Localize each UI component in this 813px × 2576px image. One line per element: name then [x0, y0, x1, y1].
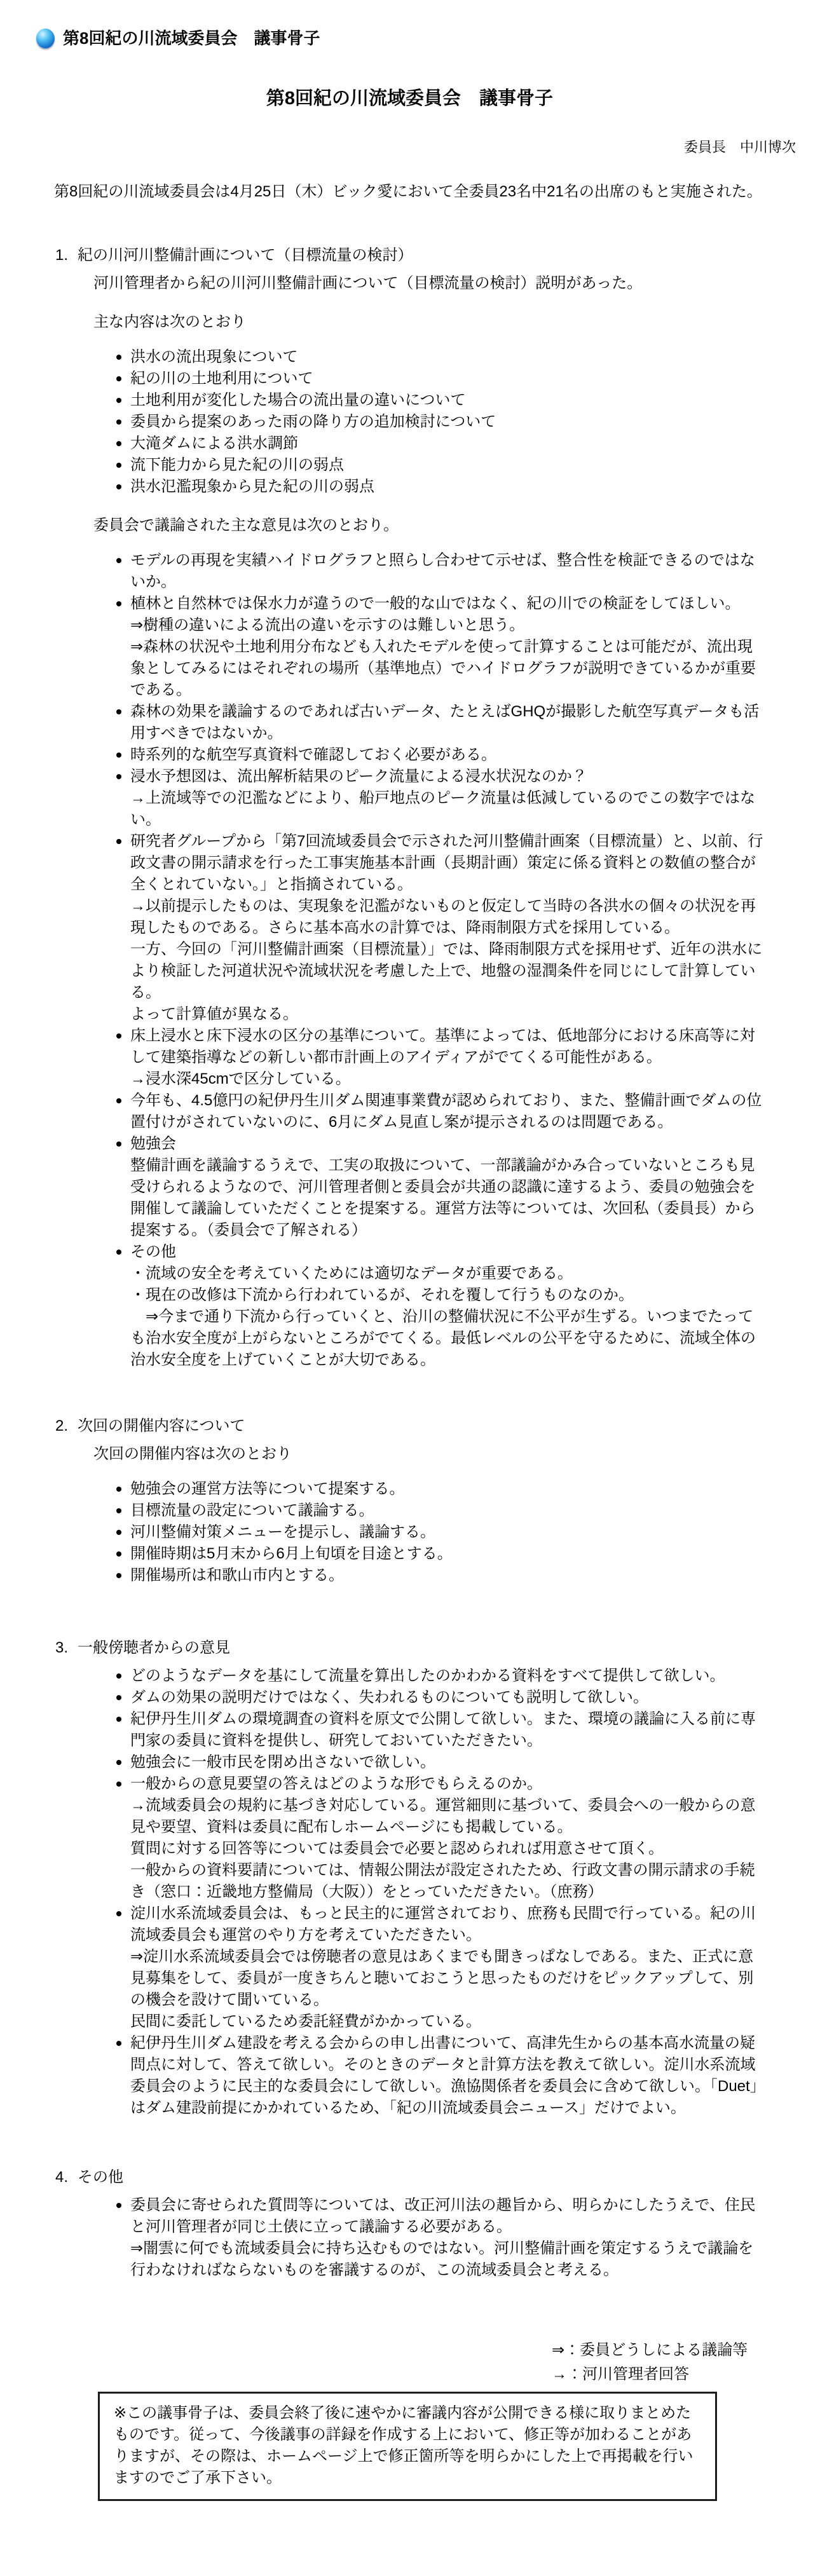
section-2: 2. 次回の開催内容について 次回の開催内容は次のとおり 勉強会の運営方法等につ…: [54, 1415, 765, 1586]
section-1-number: 1.: [55, 245, 78, 266]
agenda-item: 開催時期は5月末から6月上旬頃を目途とする。: [54, 1543, 765, 1565]
agenda-item: 開催場所は和歌山市内とする。: [54, 1565, 765, 1586]
opinion-item: 研究者グループから「第7回流域委員会で示された河川整備計画案（目標流量）と、以前…: [54, 831, 765, 1025]
opinion-item: その他 ・流域の安全を考えていくためには適切なデータが重要である。 ・現在の改修…: [54, 1241, 765, 1371]
topic-item: 大滝ダムによる洪水調節: [54, 433, 765, 454]
header-title: 第8回紀の川流域委員会 議事骨子: [63, 28, 320, 49]
topic-item: 流下能力から見た紀の川の弱点: [54, 454, 765, 476]
section-3-title: 一般傍聴者からの意見: [78, 1637, 765, 1659]
agenda-item: 勉強会の運営方法等について提案する。: [54, 1478, 765, 1500]
topic-item: 委員から提案のあった雨の降り方の追加検討について: [54, 411, 765, 433]
topic-item: 紀の川の土地利用について: [54, 368, 765, 390]
topic-item: 土地利用が変化した場合の流出量の違いについて: [54, 390, 765, 411]
legend-river-manager-reply: →：河川管理者回答: [552, 2362, 765, 2387]
page-header: 第8回紀の川流域委員会 議事骨子: [36, 28, 765, 49]
opinion-item: モデルの再現を実績ハイドログラフと照らし合わせて示せば、整合性を検証できるのでは…: [54, 550, 765, 593]
section-4-items-list: 委員会に寄せられた質問等については、改正河川法の趣旨から、明らかにしたうえで、住…: [54, 2195, 765, 2281]
opinion-item: 植林と自然林では保水力が違うので一般的な山ではなく、紀の川での検証をしてほしい。…: [54, 593, 765, 701]
section-1-lead: 河川管理者から紀の川河川整備計画について（目標流量の検討）説明があった。: [93, 273, 765, 294]
section-1-title: 紀の川河川整備計画について（目標流量の検討）: [78, 245, 765, 266]
section-3-items-list: どのようなデータを基にして流量を算出したのかわかる資料をすべて提供して欲しい。 …: [54, 1665, 765, 2119]
bullet-sphere-icon: [36, 29, 55, 48]
section-1: 1. 紀の川河川整備計画について（目標流量の検討） 河川管理者から紀の川河川整備…: [54, 245, 765, 1371]
section-1-heading: 1. 紀の川河川整備計画について（目標流量の検討）: [55, 245, 765, 266]
chairman-line: 委員長 中川博次: [54, 138, 796, 157]
audience-opinion-item: 紀伊丹生川ダム建設を考える会からの申し出書について、高津先生からの基本高水流量の…: [54, 2033, 765, 2119]
opinion-item: 浸水予想図は、流出解析結果のピーク流量による浸水状況なのか？ →上流域等での氾濫…: [54, 766, 765, 831]
audience-opinion-item: 紀伊丹生川ダムの環境調査の資料を原文で公開して欲しい。また、環境の議論に入る前に…: [54, 1708, 765, 1752]
section-3-heading: 3. 一般傍聴者からの意見: [55, 1637, 765, 1659]
agenda-item: 河川整備対策メニューを提示し、議論する。: [54, 1522, 765, 1543]
section-1-topics-list: 洪水の流出現象について 紀の川の土地利用について 土地利用が変化した場合の流出量…: [54, 346, 765, 498]
document-title: 第8回紀の川流域委員会 議事骨子: [54, 87, 765, 110]
opinion-item: 勉強会 整備計画を議論するうえで、工実の取扱について、一部議論がかみ合っていない…: [54, 1133, 765, 1241]
section-2-lead: 次回の開催内容は次のとおり: [93, 1443, 765, 1465]
section-2-number: 2.: [55, 1415, 78, 1437]
disclaimer-note-box: ※この議事骨子は、委員会終了後に速やかに審議内容が公開できる様に取りまとめたもの…: [98, 2392, 717, 2501]
section-2-title: 次回の開催内容について: [78, 1415, 765, 1437]
audience-opinion-item: ダムの効果の説明だけではなく、失われるものについても説明して欲しい。: [54, 1687, 765, 1708]
document-page: 第8回紀の川流域委員会 議事骨子 第8回紀の川流域委員会 議事骨子 委員長 中川…: [0, 0, 813, 2576]
section-1-topics-label: 主な内容は次のとおり: [93, 311, 765, 333]
opinion-item: 床上浸水と床下浸水の区分の基準について。基準によっては、低地部分における床高等に…: [54, 1025, 765, 1090]
section-3-number: 3.: [55, 1637, 78, 1659]
section-4-title: その他: [78, 2167, 765, 2188]
topic-item: 洪水の流出現象について: [54, 346, 765, 368]
opinion-item: 森林の効果を議論するのであれば古いデータ、たとえばGHQが撮影した航空写真データ…: [54, 701, 765, 744]
agenda-item: 目標流量の設定について議論する。: [54, 1500, 765, 1522]
topic-item: 洪水氾濫現象から見た紀の川の弱点: [54, 476, 765, 498]
audience-opinion-item: 淀川水系流域委員会は、もっと民主的に運営されており、庶務も民間で行っている。紀の…: [54, 1903, 765, 2033]
other-item: 委員会に寄せられた質問等については、改正河川法の趣旨から、明らかにしたうえで、住…: [54, 2195, 765, 2281]
audience-opinion-item: 勉強会に一般市民を閉め出さないで欲しい。: [54, 1752, 765, 1773]
section-1-opinions-label: 委員会で議論された主な意見は次のとおり。: [93, 515, 765, 536]
section-1-opinions-list: モデルの再現を実績ハイドログラフと照らし合わせて示せば、整合性を検証できるのでは…: [54, 550, 765, 1371]
section-4-heading: 4. その他: [55, 2167, 765, 2188]
intro-paragraph: 第8回紀の川流域委員会は4月25日（木）ビック愛において全委員23名中21名の出…: [54, 181, 765, 203]
opinion-item: 今年も、4.5億円の紀伊丹生川ダム関連事業費が認められており、また、整備計画でダ…: [54, 1090, 765, 1133]
opinion-item: 時系列的な航空写真資料で確認しておく必要がある。: [54, 744, 765, 766]
audience-opinion-item: 一般からの意見要望の答えはどのような形でもらえるのか。 →流域委員会の規約に基づ…: [54, 1773, 765, 1903]
legend-committee-discussion: ⇒：委員どうしによる議論等: [552, 2338, 765, 2362]
section-4: 4. その他 委員会に寄せられた質問等については、改正河川法の趣旨から、明らかに…: [54, 2167, 765, 2281]
section-3: 3. 一般傍聴者からの意見 どのようなデータを基にして流量を算出したのかわかる資…: [54, 1637, 765, 2119]
audience-opinion-item: どのようなデータを基にして流量を算出したのかわかる資料をすべて提供して欲しい。: [54, 1665, 765, 1687]
section-4-number: 4.: [55, 2167, 78, 2188]
section-2-items-list: 勉強会の運営方法等について提案する。 目標流量の設定について議論する。 河川整備…: [54, 1478, 765, 1586]
section-2-heading: 2. 次回の開催内容について: [55, 1415, 765, 1437]
arrow-legend: ⇒：委員どうしによる議論等 →：河川管理者回答: [552, 2338, 765, 2387]
